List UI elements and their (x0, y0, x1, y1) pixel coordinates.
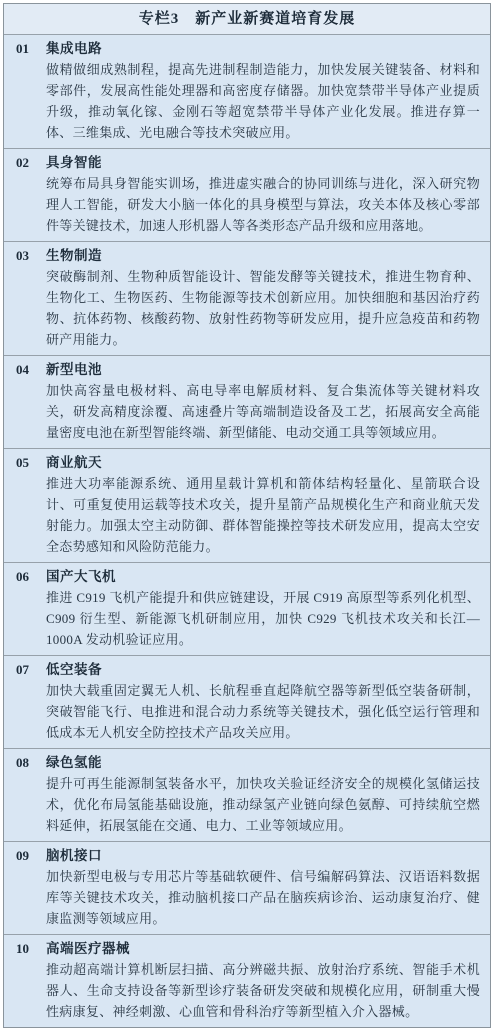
item-head: 08绿色氢能 (16, 752, 480, 773)
item-number: 07 (16, 659, 46, 680)
item-number: 09 (16, 845, 46, 866)
item-head: 02具身智能 (16, 152, 480, 173)
item-number: 06 (16, 566, 46, 587)
item-head: 03生物制造 (16, 245, 480, 266)
item-head: 04新型电池 (16, 359, 480, 380)
item-title: 绿色氢能 (46, 755, 102, 770)
item-number: 05 (16, 452, 46, 473)
item-head: 07低空装备 (16, 659, 480, 680)
panel-item: 09脑机接口 加快新型电极与专用芯片等基础软硬件、信号编解码算法、汉语语料数据库… (4, 841, 490, 934)
item-body: 做精做细成熟制程，提高先进制程制造能力，加快发展关键装备、材料和零部件，发展高性… (46, 59, 480, 143)
panel-title: 专栏3 新产业新赛道培育发展 (4, 4, 490, 34)
item-body: 加快高容量电极材料、高电导率电解质材料、复合集流体等关键材料攻关，研发高精度涂覆… (46, 380, 480, 443)
item-title: 商业航天 (46, 455, 102, 470)
item-title: 生物制造 (46, 248, 102, 263)
panel-item: 05商业航天 推进大功率能源系统、通用星载计算机和箭体结构轻量化、星箭联合设计、… (4, 448, 490, 562)
panel-items: 01集成电路 做精做细成熟制程，提高先进制程制造能力，加快发展关键装备、材料和零… (4, 34, 490, 1027)
item-body: 统筹布局具身智能实训场，推进虚实融合的协同训练与进化，深入研究物理人工智能，研发… (46, 173, 480, 236)
item-body: 提升可再生能源制氢装备水平，加快攻关验证经济安全的规模化氢储运技术，优化布局氢能… (46, 773, 480, 836)
item-number: 03 (16, 245, 46, 266)
item-title: 集成电路 (46, 41, 102, 56)
panel-item: 02具身智能 统筹布局具身智能实训场，推进虚实融合的协同训练与进化，深入研究物理… (4, 148, 490, 241)
panel-item: 01集成电路 做精做细成熟制程，提高先进制程制造能力，加快发展关键装备、材料和零… (4, 34, 490, 148)
item-title: 国产大飞机 (46, 569, 116, 584)
item-title: 具身智能 (46, 155, 102, 170)
panel-item: 07低空装备 加快大载重固定翼无人机、长航程垂直起降航空器等新型低空装备研制，突… (4, 655, 490, 748)
item-head: 06国产大飞机 (16, 566, 480, 587)
item-number: 10 (16, 938, 46, 959)
panel-item: 04新型电池 加快高容量电极材料、高电导率电解质材料、复合集流体等关键材料攻关，… (4, 355, 490, 448)
item-title: 低空装备 (46, 662, 102, 677)
panel-item: 08绿色氢能 提升可再生能源制氢装备水平，加快攻关验证经济安全的规模化氢储运技术… (4, 748, 490, 841)
item-head: 01集成电路 (16, 38, 480, 59)
item-number: 01 (16, 38, 46, 59)
item-body: 加快大载重固定翼无人机、长航程垂直起降航空器等新型低空装备研制，突破智能飞行、电… (46, 680, 480, 743)
item-head: 10高端医疗器械 (16, 938, 480, 959)
item-head: 05商业航天 (16, 452, 480, 473)
item-body: 推进大功率能源系统、通用星载计算机和箭体结构轻量化、星箭联合设计、可重复使用运载… (46, 473, 480, 557)
item-body: 加快新型电极与专用芯片等基础软硬件、信号编解码算法、汉语语料数据库等关键技术攻关… (46, 866, 480, 929)
item-number: 04 (16, 359, 46, 380)
item-title: 新型电池 (46, 362, 102, 377)
item-body: 突破酶制剂、生物种质智能设计、智能发酵等关键技术，推进生物育种、生物化工、生物医… (46, 266, 480, 350)
item-head: 09脑机接口 (16, 845, 480, 866)
item-number: 02 (16, 152, 46, 173)
item-title: 高端医疗器械 (46, 941, 130, 956)
item-title: 脑机接口 (46, 848, 102, 863)
item-body: 推动超高端计算机断层扫描、高分辨磁共振、放射治疗系统、智能手术机器人、生命支持设… (46, 959, 480, 1022)
special-column-panel: 专栏3 新产业新赛道培育发展 01集成电路 做精做细成熟制程，提高先进制程制造能… (3, 3, 491, 1028)
item-number: 08 (16, 752, 46, 773)
item-body: 推进 C919 飞机产能提升和供应链建设，开展 C919 高原型等系列化机型、C… (46, 587, 480, 650)
panel-item: 06国产大飞机 推进 C919 飞机产能提升和供应链建设，开展 C919 高原型… (4, 562, 490, 655)
panel-item: 10高端医疗器械 推动超高端计算机断层扫描、高分辨磁共振、放射治疗系统、智能手术… (4, 934, 490, 1027)
panel-item: 03生物制造 突破酶制剂、生物种质智能设计、智能发酵等关键技术，推进生物育种、生… (4, 241, 490, 355)
